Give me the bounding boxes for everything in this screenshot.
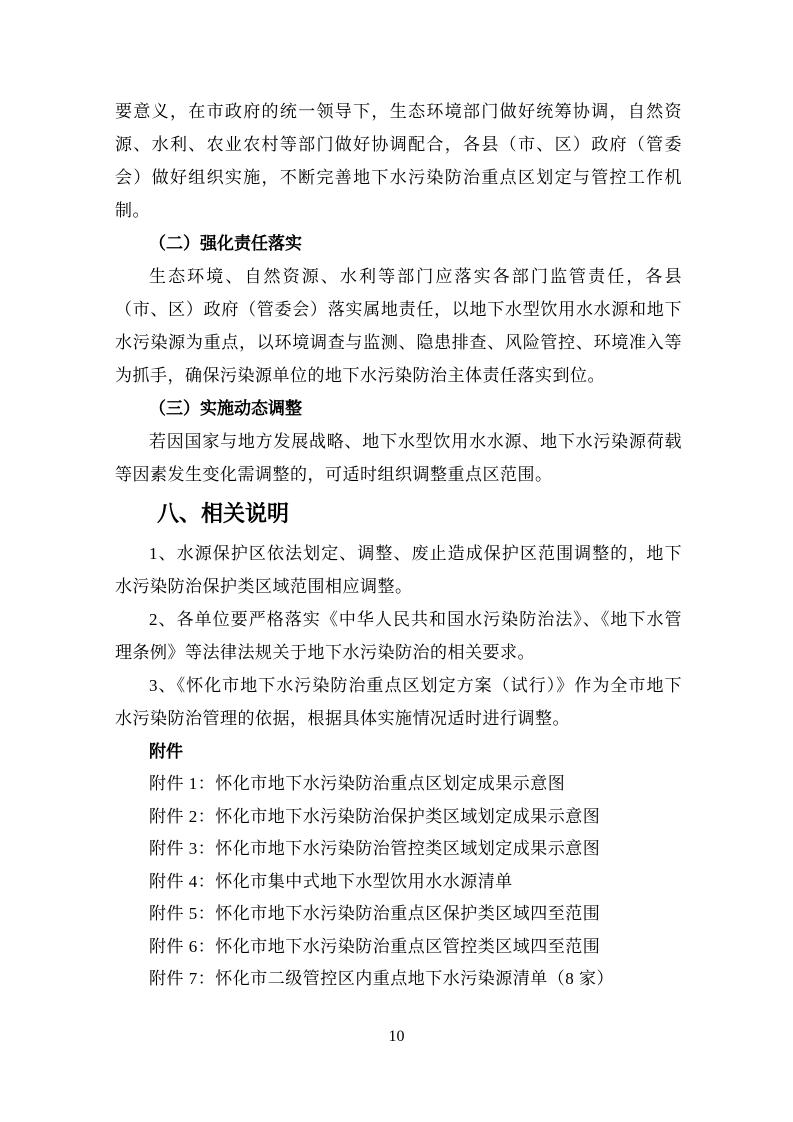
section3-paragraph: 若因国家与地方发展战略、地下水型饮用水水源、地下水污染源荷载等因素发生变化需调整… [115,425,682,491]
attachment-item-4: 附件 4：怀化市集中式地下水型饮用水水源清单 [115,866,682,899]
related-note-item-3: 3、《怀化市地下水污染防治重点区划定方案（试行）》作为全市地下水污染防治管理的依… [115,669,682,735]
document-page: 要意义，在市政府的统一领导下，生态环境部门做好统筹协调，自然资源、水利、农业农村… [0,0,793,1122]
section2-paragraph: 生态环境、自然资源、水利等部门应落实各部门监管责任，各县（市、区）政府（管委会）… [115,260,682,392]
related-note-item-1: 1、水源保护区依法划定、调整、废止造成保护区范围调整的，地下水污染防治保护类区域… [115,537,682,603]
section-heading-strengthen-responsibility: （二）强化责任落实 [115,227,682,260]
related-note-item-2: 2、各单位要严格落实《中华人民共和国水污染防治法》、《地下水管理条例》等法律法规… [115,603,682,669]
attachments-label: 附件 [115,735,682,768]
attachment-item-2: 附件 2：怀化市地下水污染防治保护类区域划定成果示意图 [115,801,682,834]
attachment-item-1: 附件 1：怀化市地下水污染防治重点区划定成果示意图 [115,768,682,801]
section-heading-dynamic-adjustment: （三）实施动态调整 [115,392,682,425]
page-content: 要意义，在市政府的统一领导下，生态环境部门做好统筹协调，自然资源、水利、农业农村… [115,95,682,996]
continuation-paragraph: 要意义，在市政府的统一领导下，生态环境部门做好统筹协调，自然资源、水利、农业农村… [115,95,682,227]
attachment-item-6: 附件 6：怀化市地下水污染防治重点区管控类区域四至范围 [115,931,682,964]
attachment-item-5: 附件 5：怀化市地下水污染防治重点区保护类区域四至范围 [115,898,682,931]
attachment-item-3: 附件 3：怀化市地下水污染防治管控类区域划定成果示意图 [115,833,682,866]
chapter-heading-related-notes: 八、相关说明 [115,491,682,537]
attachment-item-7: 附件 7：怀化市二级管控区内重点地下水污染源清单（8 家） [115,963,682,996]
page-number: 10 [0,1028,793,1046]
